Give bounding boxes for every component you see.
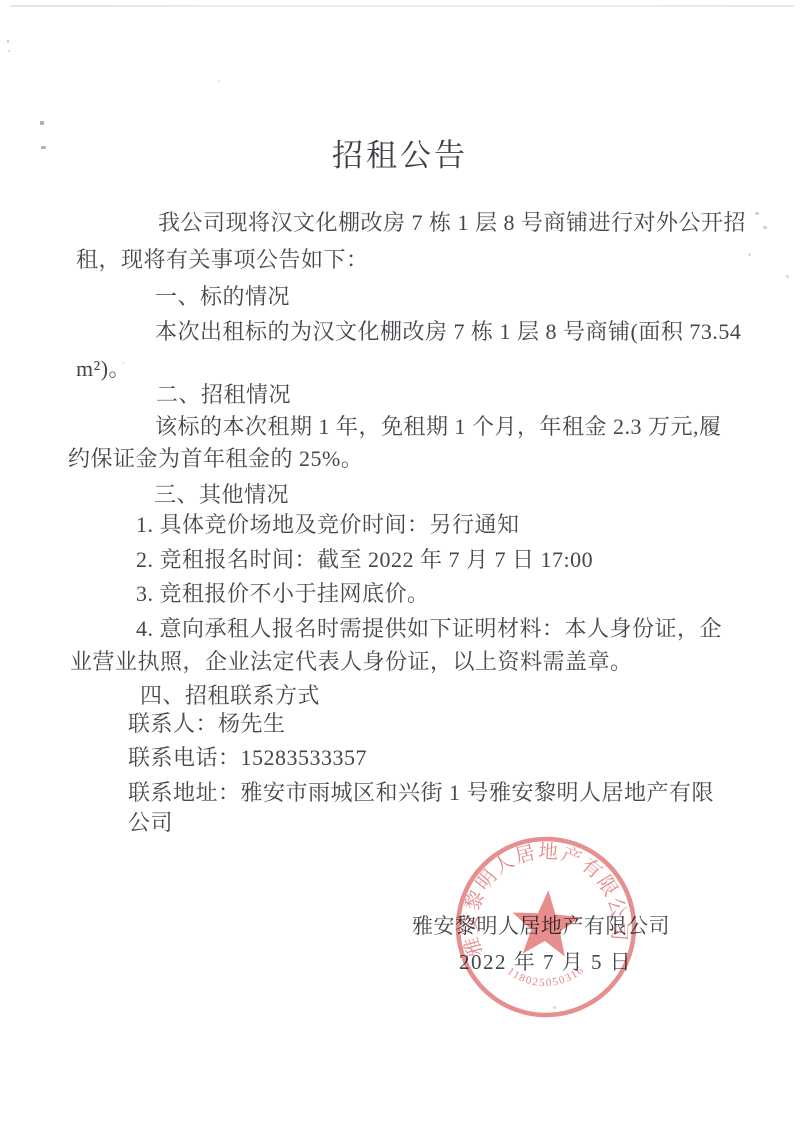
section2-line-1: 该标的本次租期 1 年，免租期 1 个月，年租金 2.3 万元,履	[155, 410, 722, 441]
section3-item-4-line-1: 4. 意向承租人报名时需提供如下证明材料：本人身份证，企	[136, 612, 722, 643]
contact-person-line: 联系人：杨先生	[128, 707, 286, 738]
seal-code-text: 118025050316	[504, 955, 589, 995]
scan-speck	[7, 40, 9, 43]
section3-heading: 三、其他情况	[154, 478, 289, 509]
seal-ring-text: 雅安黎明人居地产有限公司	[448, 829, 633, 966]
section1-line-1: 本次出租标的为汉文化棚改房 7 栋 1 层 8 号商铺(面积 73.54	[155, 315, 741, 346]
scan-speck	[40, 121, 44, 125]
intro-line-1: 我公司现将汉文化棚改房 7 栋 1 层 8 号商铺进行对外公开招	[158, 206, 746, 237]
section3-item-3: 3. 竞租报价不小于挂网底价。	[136, 577, 430, 608]
scan-speck	[748, 253, 751, 256]
section4-heading: 四、招租联系方式	[140, 679, 320, 710]
intro-line-2: 租，现将有关事项公告如下：	[76, 243, 369, 274]
contact-address-line-2: 公司	[128, 806, 173, 837]
section2-line-2: 约保证金为首年租金的 25%。	[68, 442, 363, 473]
star-icon	[510, 886, 586, 963]
scan-speck	[786, 275, 789, 278]
svg-text:118025050316: 118025050316	[504, 955, 589, 995]
scan-speck	[8, 50, 10, 52]
scan-edge-line	[10, 5, 794, 7]
contact-address-line-1: 联系地址：雅安市雨城区和兴街 1 号雅安黎明人居地产有限	[128, 776, 714, 807]
section3-item-2: 2. 竞租报名时间：截至 2022 年 7 月 7 日 17:00	[136, 543, 593, 574]
svg-text:雅安黎明人居地产有限公司: 雅安黎明人居地产有限公司	[448, 829, 633, 966]
section3-item-4-line-2: 业营业执照，企业法定代表人身份证，以上资料需盖章。	[70, 645, 633, 676]
scan-speck	[763, 226, 767, 229]
contact-phone-line: 联系电话：15283533357	[128, 741, 367, 772]
section1-line-2: m²)。	[76, 352, 131, 383]
company-seal-stamp: 雅安黎明人居地产有限公司 118025050316	[438, 819, 655, 1036]
scanned-rental-notice-page: 招租公告 我公司现将汉文化棚改房 7 栋 1 层 8 号商铺进行对外公开招 租，…	[0, 0, 800, 1132]
document-title: 招租公告	[0, 130, 800, 175]
scan-speck	[218, 80, 220, 82]
section1-heading: 一、标的情况	[155, 280, 290, 311]
section2-heading: 二、招租情况	[156, 378, 291, 409]
scan-speck	[755, 212, 759, 215]
section3-item-1: 1. 具体竞价场地及竞价时间：另行通知	[136, 508, 520, 539]
